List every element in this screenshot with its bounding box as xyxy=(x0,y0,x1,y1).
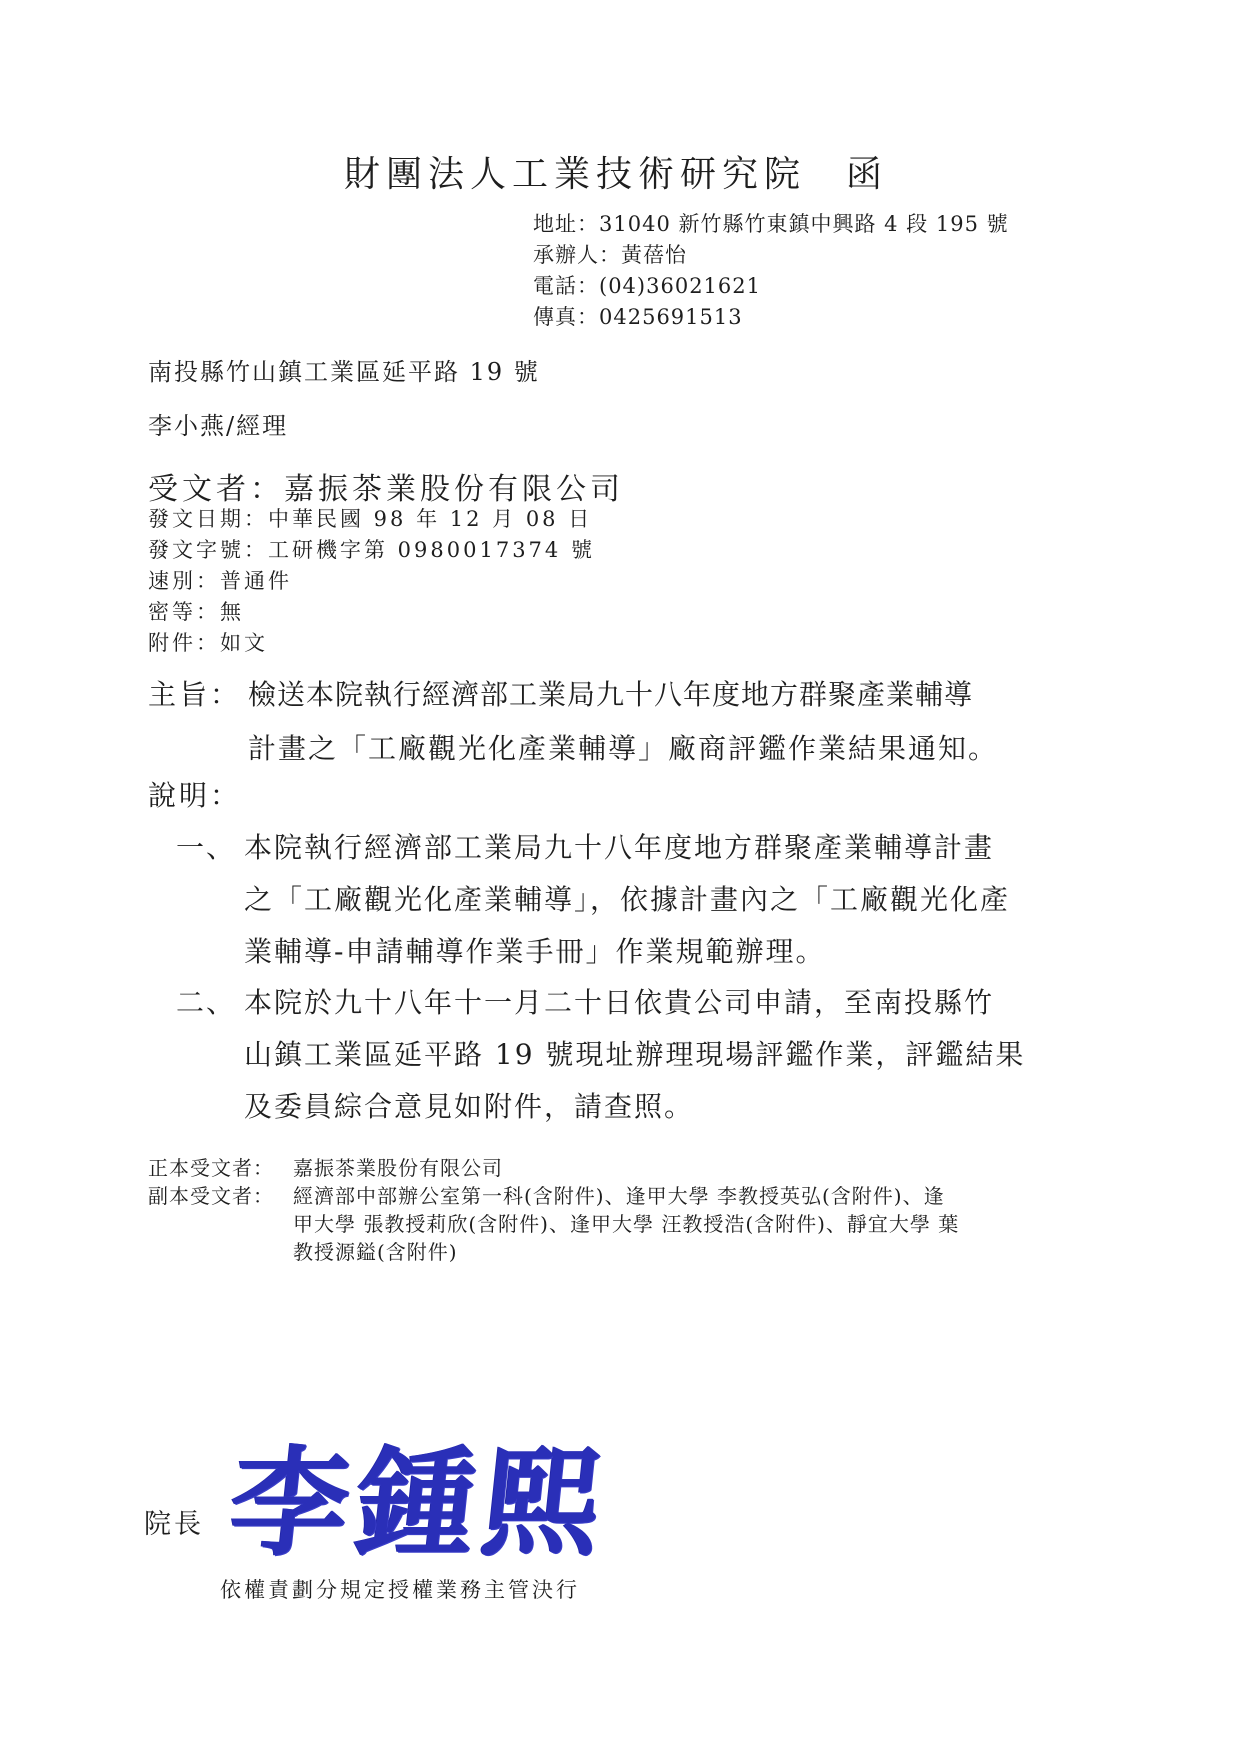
item-line: 山鎮工業區延平路 19 號現址辦理現場評鑑作業，評鑑結果 xyxy=(176,1029,1025,1081)
item-line: 本院於九十八年十一月二十日依貴公司申請，至南投縣竹 xyxy=(244,986,994,1019)
sender-address: 地址：31040 新竹縣竹東鎮中興路 4 段 195 號 xyxy=(533,208,1009,238)
document-number: 發文字號：工研機字第 0980017374 號 xyxy=(148,534,595,564)
recipient-address: 南投縣竹山鎮工業區延平路 19 號 xyxy=(148,352,540,387)
recipient-contact: 李小燕/經理 xyxy=(148,406,288,441)
document-title: 財團法人工業技術研究院函 xyxy=(344,146,888,197)
copy-recipients-line: 教授源鎰(含附件) xyxy=(148,1238,959,1266)
subject-section: 主旨：檢送本院執行經濟部工業局九十八年度地方群聚產業輔導 計畫之「工廠觀光化產業… xyxy=(148,668,998,776)
subject-line-1: 檢送本院執行經濟部工業局九十八年度地方群聚產業輔導 xyxy=(248,678,973,711)
item-number: 二、 xyxy=(176,977,244,1029)
document-type: 函 xyxy=(846,154,888,195)
receiver: 受文者：嘉振茶業股份有限公司 xyxy=(148,464,624,508)
attachment: 附件：如文 xyxy=(148,627,268,657)
fax: 傳真：0425691513 xyxy=(533,301,743,331)
copy-recipients-line: 甲大學 張教授莉欣(含附件)、逢甲大學 汪教授浩(含附件)、靜宜大學 葉 xyxy=(148,1210,959,1238)
item-line: 之「工廠觀光化產業輔導」，依據計畫內之「工廠觀光化產 xyxy=(176,874,1010,926)
phone: 電話：(04)36021621 xyxy=(533,270,761,300)
subject-label: 主旨： xyxy=(148,668,248,722)
explanation-item: 二、本院於九十八年十一月二十日依貴公司申請，至南投縣竹 山鎮工業區延平路 19 … xyxy=(176,977,1025,1133)
explanation-label: 說明： xyxy=(148,774,241,814)
item-line: 業輔導-申請輔導作業手冊」作業規範辦理。 xyxy=(176,926,1010,978)
explanation-item: 一、本院執行經濟部工業局九十八年度地方群聚產業輔導計畫 之「工廠觀光化產業輔導」… xyxy=(176,822,1010,978)
original-recipient-label: 正本受文者： xyxy=(148,1154,293,1182)
delegation-note: 依權責劃分規定授權業務主管決行 xyxy=(220,1574,580,1604)
delivery-speed: 速別：普通件 xyxy=(148,565,292,595)
original-recipient-value: 嘉振茶業股份有限公司 xyxy=(293,1156,503,1180)
copy-recipients-line: 經濟部中部辦公室第一科(含附件)、逢甲大學 李教授英弘(含附件)、逢 xyxy=(293,1184,945,1208)
organization-name: 財團法人工業技術研究院 xyxy=(344,154,806,195)
subject-line-2: 計畫之「工廠觀光化產業輔導」廠商評鑑作業結果通知。 xyxy=(148,722,998,776)
original-recipient: 正本受文者：嘉振茶業股份有限公司 xyxy=(148,1154,503,1182)
signatory-title: 院長 xyxy=(144,1502,204,1541)
signature-stamp: 李鍾熙 xyxy=(223,1408,619,1578)
secrecy-level: 密等：無 xyxy=(148,596,244,626)
copy-recipients: 副本受文者：經濟部中部辦公室第一科(含附件)、逢甲大學 李教授英弘(含附件)、逢… xyxy=(148,1182,959,1266)
item-number: 一、 xyxy=(176,822,244,874)
handler: 承辦人：黃蓓怡 xyxy=(533,239,687,269)
copy-recipients-label: 副本受文者： xyxy=(148,1182,293,1210)
item-line: 本院執行經濟部工業局九十八年度地方群聚產業輔導計畫 xyxy=(244,831,994,864)
item-line: 及委員綜合意見如附件，請查照。 xyxy=(176,1081,1025,1133)
issue-date: 發文日期：中華民國 98 年 12 月 08 日 xyxy=(148,503,592,533)
